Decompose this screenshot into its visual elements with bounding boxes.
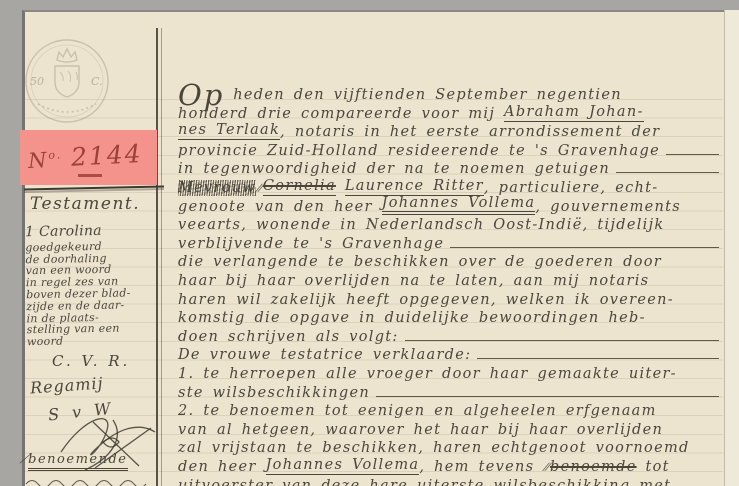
body-segment: haren wil zakelijk heeft opgegeven, welk… bbox=[178, 292, 674, 308]
embossed-revenue-stamp: 50 C. bbox=[24, 36, 110, 126]
margin-title-testament: Testament. bbox=[30, 194, 140, 214]
body-line: van al hetgeen, waarover het haar bij ha… bbox=[178, 419, 721, 438]
margin-replacement-benoemende: ⁄benoemende bbox=[24, 452, 128, 467]
body-line: provincie Zuid-Holland resideerende te '… bbox=[178, 140, 721, 159]
body-segment: honderd drie compareerde voor mij bbox=[178, 106, 504, 122]
body-line: nes Terlaak, notaris in het eerste arron… bbox=[178, 121, 721, 140]
body-segment-u-strike: Cornelia bbox=[263, 178, 336, 196]
body-segment: tot bbox=[637, 459, 670, 475]
document-scan: 50 C. No. 2144 Testament. 1 Carolina goe… bbox=[0, 0, 739, 486]
body-segment: van al hetgeen, waarover het haar bij ha… bbox=[178, 422, 663, 438]
body-segment: in tegenwoordigheid der na te noemen get… bbox=[178, 161, 610, 177]
body-line: genoote van den heer Johannes Vollema, g… bbox=[178, 196, 721, 215]
body-segment: ste wilsbeschikkingen bbox=[178, 385, 370, 401]
body-line: den heer Johannes Vollema, hem tevens //… bbox=[178, 456, 721, 475]
stamp-value-50: 50 bbox=[30, 75, 44, 88]
act-number-highlight: No. 2144 bbox=[20, 130, 157, 185]
cut-off-margin-text bbox=[24, 477, 156, 486]
body-segment: , notaris in het eerste arrondissement d… bbox=[280, 124, 660, 140]
ruled-filler-line bbox=[405, 340, 719, 341]
approval-note-lines: goedgekeurdde doorhalingvan een woordin … bbox=[25, 240, 167, 349]
body-segment-u: Abraham Johan- bbox=[504, 104, 644, 122]
body-line: komstig die opgave in duidelijke bewoord… bbox=[178, 307, 721, 326]
body-line: in tegenwoordigheid der na te noemen get… bbox=[178, 158, 721, 177]
body-segment: verblijvende te 's Gravenhage bbox=[178, 236, 444, 252]
ruled-filler-line bbox=[666, 154, 719, 155]
body-line: Op heden den vijftienden September negen… bbox=[178, 84, 721, 103]
body-line: 1. te herroepen alle vroeger door haar g… bbox=[178, 363, 721, 382]
body-segment bbox=[336, 180, 345, 196]
body-segment: doen schrijven als volgt: bbox=[178, 329, 399, 345]
body-segment: , gouvernements bbox=[535, 199, 681, 215]
body-segment: , particuliere, echt- bbox=[484, 180, 659, 196]
body-segment: die verlangende te beschikken over de go… bbox=[178, 254, 662, 270]
body-segment: provincie Zuid-Holland resideerende te '… bbox=[178, 143, 660, 159]
margin-approval-note: 1 Carolina goedgekeurdde doorhalingvan e… bbox=[25, 225, 167, 348]
stamp-currency-c: C. bbox=[91, 75, 103, 88]
approval-note-line: woord bbox=[27, 334, 167, 348]
body-segment: genoote van den heer bbox=[178, 199, 382, 215]
body-segment-uu: Johannes Vollema bbox=[382, 195, 536, 215]
body-segment: heden den vijftienden September negentie… bbox=[224, 87, 622, 103]
act-number-underline bbox=[78, 174, 102, 177]
body-line: honderd drie compareerde voor mij Abraha… bbox=[178, 103, 721, 122]
body-segment: den heer bbox=[178, 459, 266, 475]
body-segment-strike: benoemde bbox=[550, 459, 637, 475]
body-segment: , hem tevens bbox=[419, 459, 543, 475]
body-segment: De vrouwe testatrice verklaarde: bbox=[178, 347, 471, 363]
body-line: doen schrijven als volgt: bbox=[178, 326, 721, 345]
replacement-word-carolina: 1 Carolina bbox=[25, 225, 165, 239]
body-segment: 1. te herroepen alle vroeger door haar g… bbox=[178, 366, 677, 382]
body-segment: haar bij haar overlijden na te laten, aa… bbox=[178, 273, 649, 289]
body-segment: zal vrijstaan te beschikken, haren echtg… bbox=[178, 440, 690, 456]
body-segment: uitvoerster van deze hare uiterste wilsb… bbox=[178, 478, 671, 486]
act-number: No. 2144 bbox=[27, 139, 143, 174]
ruled-filler-line bbox=[616, 172, 719, 173]
adjacent-page-edge bbox=[724, 10, 739, 486]
ruled-filler-line bbox=[450, 247, 719, 248]
body-line: veearts, wonende in Nederlandsch Oost-In… bbox=[178, 214, 721, 233]
ruled-filler-line bbox=[376, 396, 719, 397]
body-segment: komstig die opgave in duidelijke bewoord… bbox=[178, 310, 646, 326]
body-segment: veearts, wonende in Nederlandsch Oost-In… bbox=[178, 217, 665, 233]
body-segment: 2. te benoemen tot eenigen en algeheelen… bbox=[178, 403, 657, 419]
body-line: 2. te benoemen tot eenigen en algeheelen… bbox=[178, 400, 721, 419]
body-line: verblijvende te 's Gravenhage bbox=[178, 233, 721, 252]
body-line: die verlangende te beschikken over de go… bbox=[178, 251, 721, 270]
ruled-filler-line bbox=[477, 358, 719, 359]
body-line: zal vrijstaan te beschikken, haren echtg… bbox=[178, 437, 721, 456]
body-segment-u: nes Terlaak bbox=[178, 122, 280, 140]
body-segment-scribble: Mevrouw bbox=[178, 180, 256, 196]
body-line: uitvoerster van deze hare uiterste wilsb… bbox=[178, 475, 721, 486]
testatrix-initials: C. V. R. bbox=[52, 352, 130, 370]
body-segment-initial: Op bbox=[178, 87, 224, 103]
body-line: ste wilsbeschikkingen bbox=[178, 382, 721, 401]
body-line: haar bij haar overlijden na te laten, aa… bbox=[178, 270, 721, 289]
body-segment-u: Johannes Vollema bbox=[266, 457, 420, 475]
body-line: Mevrouw//Cornelia Laurence Ritter, parti… bbox=[178, 177, 721, 196]
body-line: De vrouwe testatrice verklaarde: bbox=[178, 344, 721, 363]
body-segment-u: Laurence Ritter bbox=[345, 178, 484, 196]
body-line: haren wil zakelijk heeft opgegeven, welk… bbox=[178, 289, 721, 308]
